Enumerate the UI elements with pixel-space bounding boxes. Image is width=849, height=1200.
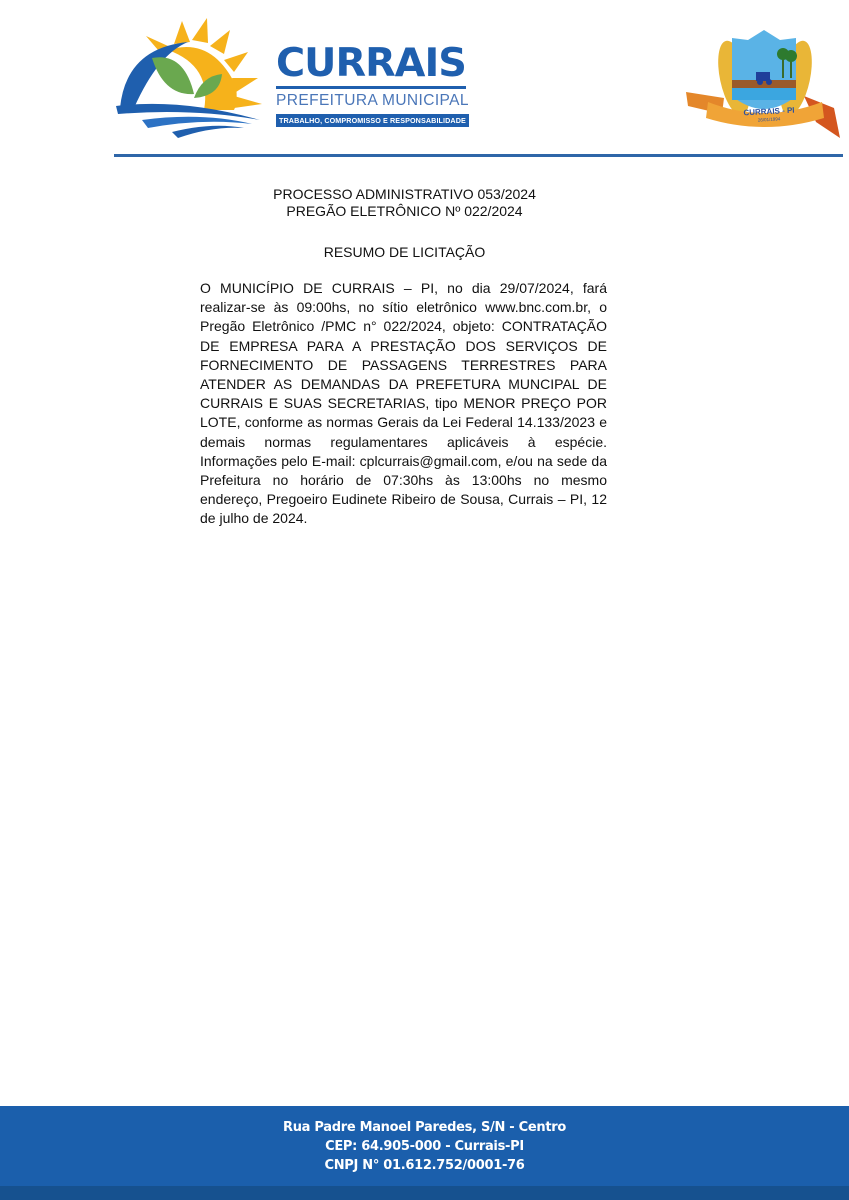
letterhead: CURRAIS PREFEITURA MUNICIPAL TRABALHO, C… [0, 0, 849, 160]
municipal-coat-of-arms-icon [684, 26, 844, 144]
brand-tagline: TRABALHO, COMPROMISSO E RESPONSABILIDADE [276, 114, 469, 127]
brand-subtitle: PREFEITURA MUNICIPAL [276, 92, 472, 110]
process-number: PROCESSO ADMINISTRATIVO 053/2024 [196, 186, 613, 203]
brand-block: CURRAIS PREFEITURA MUNICIPAL TRABALHO, C… [276, 44, 472, 128]
sun-leaf-logo-icon [112, 16, 272, 138]
brand-rule [276, 86, 466, 89]
auction-number: PREGÃO ELETRÔNICO Nº 022/2024 [196, 203, 613, 220]
brand-name: CURRAIS [276, 44, 476, 84]
document-title: RESUMO DE LICITAÇÃO [196, 244, 613, 261]
footer-cnpj: CNPJ N° 01.612.752/0001-76 [0, 1156, 849, 1175]
footer-cep: CEP: 64.905-000 - Currais-PI [0, 1137, 849, 1156]
document-body: O MUNICÍPIO DE CURRAIS – PI, no dia 29/0… [200, 279, 607, 529]
footer-band [0, 1186, 849, 1200]
header-divider [114, 154, 843, 157]
footer-address: Rua Padre Manoel Paredes, S/N - Centro [0, 1118, 849, 1137]
document-heading: PROCESSO ADMINISTRATIVO 053/2024 PREGÃO … [196, 186, 613, 261]
footer: Rua Padre Manoel Paredes, S/N - Centro C… [0, 1106, 849, 1200]
